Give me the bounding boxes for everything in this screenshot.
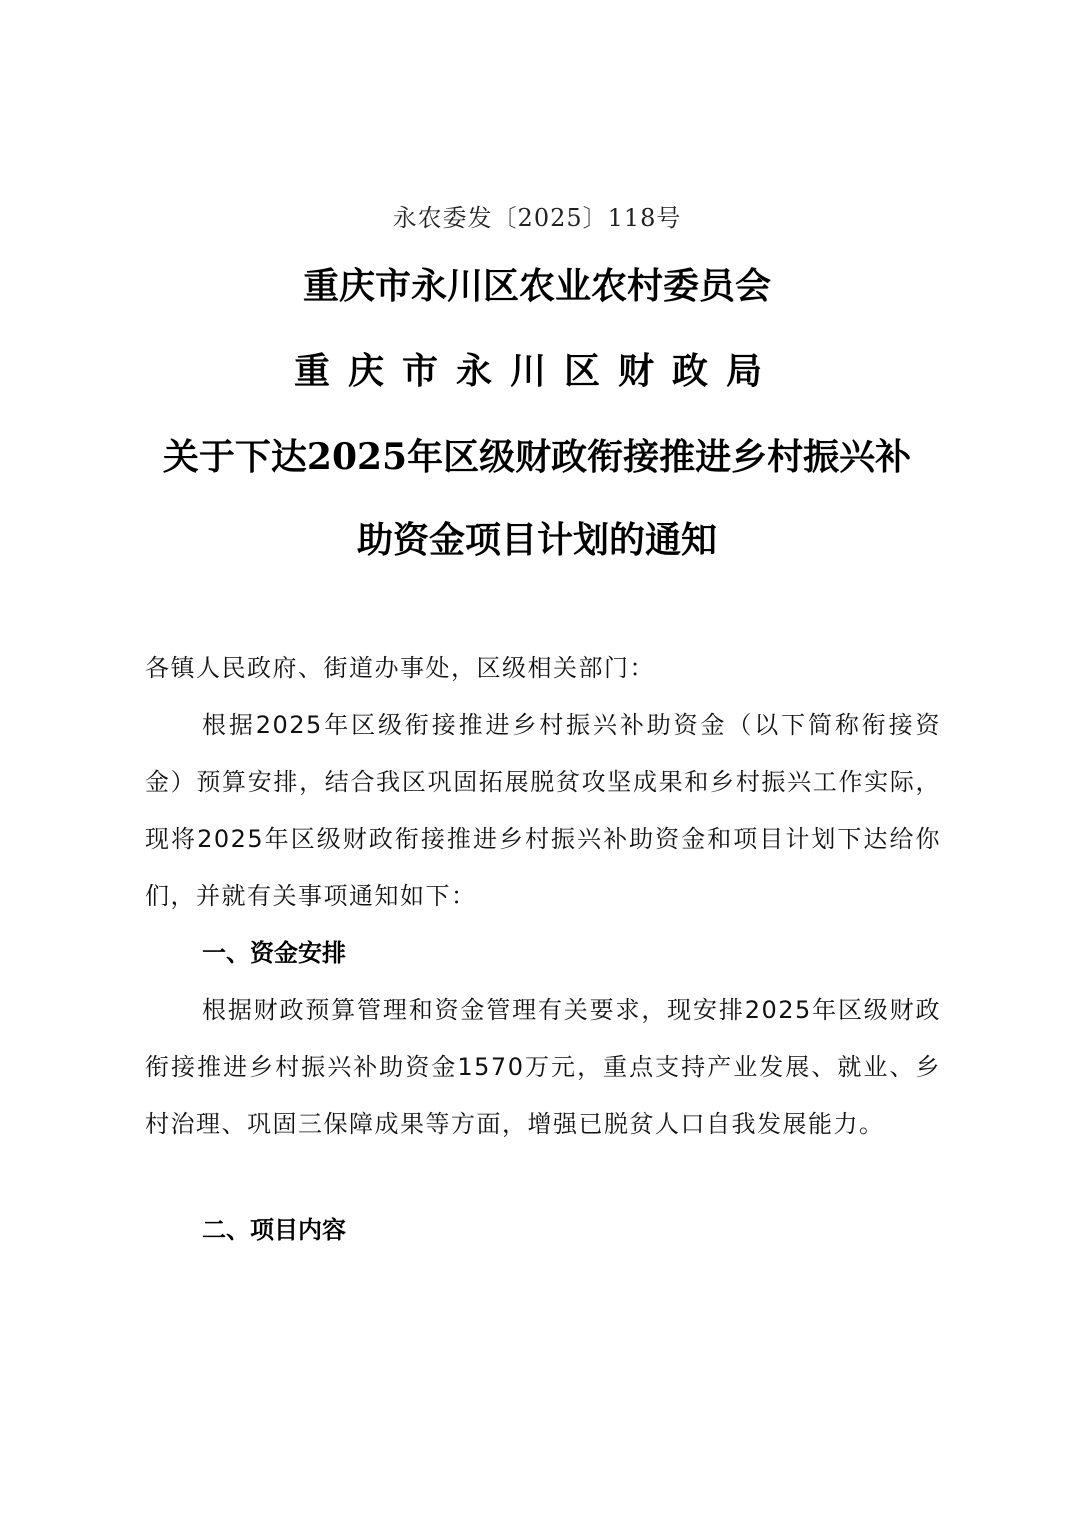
section-body-funding: 根据财政预算管理和资金管理有关要求，现安排2025年区级财政衔接推进乡村振兴补助… bbox=[145, 982, 941, 1153]
issuer-title-finance-bureau: 重庆市永川区财政局 bbox=[0, 351, 1074, 391]
intro-paragraph: 根据2025年区级衔接推进乡村振兴补助资金（以下简称衔接资金）预算安排，结合我区… bbox=[145, 697, 941, 925]
issuer-title-agriculture-committee: 重庆市永川区农业农村委员会 bbox=[0, 266, 1074, 306]
salutation: 各镇人民政府、街道办事处，区级相关部门： bbox=[145, 640, 941, 697]
notice-title-line-2: 助资金项目计划的通知 bbox=[0, 520, 1074, 560]
notice-title-line-1: 关于下达2025年区级财政衔接推进乡村振兴补 bbox=[0, 437, 1074, 477]
section-heading-funding: 一、资金安排 bbox=[202, 925, 346, 982]
section-heading-projects: 二、项目内容 bbox=[202, 1202, 346, 1259]
document-number: 永农委发〔2025〕118号 bbox=[0, 198, 1074, 233]
document-page: 永农委发〔2025〕118号 重庆市永川区农业农村委员会 重庆市永川区财政局 关… bbox=[0, 0, 1074, 1520]
